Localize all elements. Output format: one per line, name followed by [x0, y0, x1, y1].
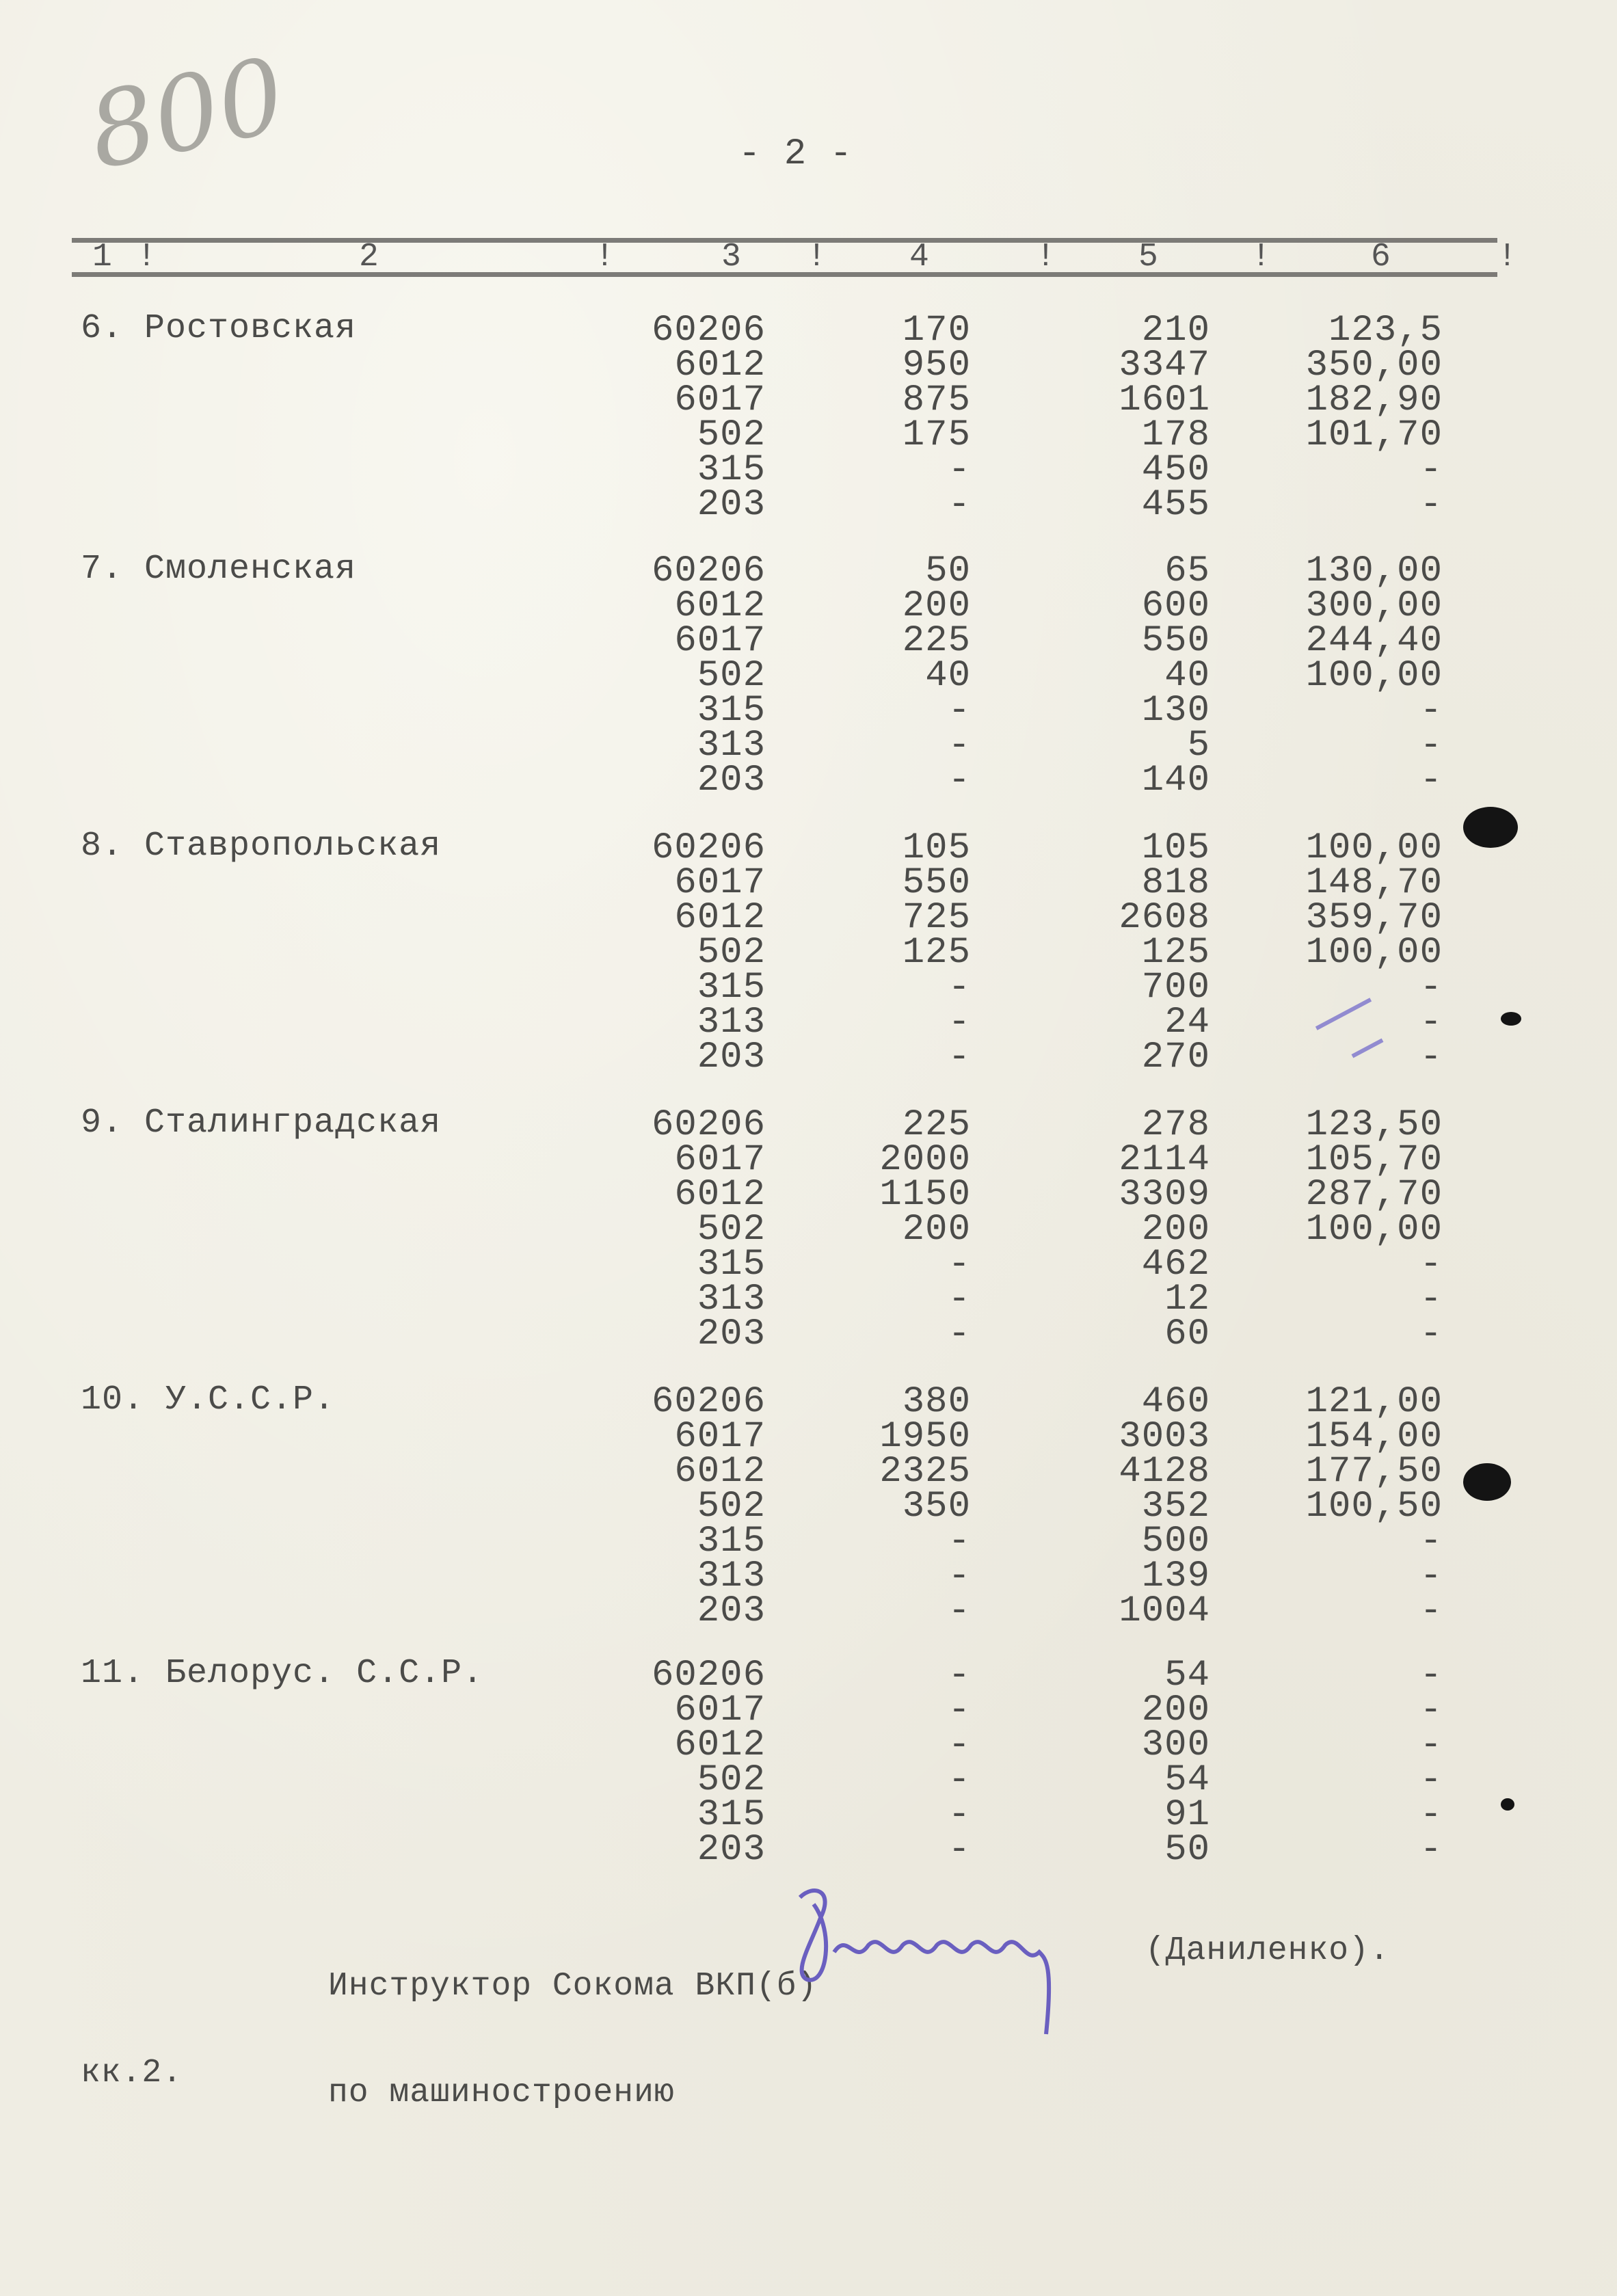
item-code-cell: 203 — [615, 1040, 766, 1075]
percent-cell: - — [1272, 1247, 1443, 1282]
plan-cell: - — [820, 763, 971, 798]
actual-cell: 130 — [1053, 693, 1210, 728]
plan-cell: - — [820, 1524, 971, 1559]
header-separator: ! — [1251, 238, 1271, 276]
section-title: 7. Смоленская — [81, 550, 356, 589]
actual-cell: 54 — [1053, 1658, 1210, 1693]
plan-cell: 950 — [820, 348, 971, 383]
percent-cell: - — [1272, 1559, 1443, 1594]
item-code-cell: 6017 — [615, 1143, 766, 1177]
plan-cell: 200 — [820, 1212, 971, 1247]
percent-cell: - — [1272, 1728, 1443, 1763]
percent-cell: 100,00 — [1272, 658, 1443, 693]
actual-cell: 50 — [1053, 1832, 1210, 1867]
percent-cell: 121,00 — [1272, 1385, 1443, 1419]
percent-cell: 287,70 — [1272, 1177, 1443, 1212]
item-code-cell: 203 — [615, 763, 766, 798]
percent-cell: - — [1272, 1317, 1443, 1352]
ink-blot — [1463, 807, 1518, 848]
percent-cell: 101,70 — [1272, 418, 1443, 453]
item-code-cell: 315 — [615, 693, 766, 728]
plan-cell: - — [820, 1282, 971, 1317]
header-separator: ! — [1036, 238, 1056, 276]
plan-cell: 725 — [820, 900, 971, 935]
actual-cell: 3309 — [1053, 1177, 1210, 1212]
header-separator: ! — [1497, 238, 1517, 276]
plan-cell: 875 — [820, 383, 971, 418]
plan-cell: 380 — [820, 1385, 971, 1419]
header-separator: ! — [137, 238, 157, 276]
percent-cell: - — [1272, 1763, 1443, 1798]
item-code-cell: 315 — [615, 970, 766, 1005]
actual-cell: 178 — [1053, 418, 1210, 453]
actual-cell: 352 — [1053, 1489, 1210, 1524]
plan-cell: - — [820, 1559, 971, 1594]
actual-cell: 91 — [1053, 1798, 1210, 1832]
plan-cell: 350 — [820, 1489, 971, 1524]
plan-cell: 50 — [820, 554, 971, 589]
actual-cell: 550 — [1053, 624, 1210, 658]
item-code-cell: 60206 — [615, 313, 766, 348]
item-code-cell: 6012 — [615, 900, 766, 935]
actual-cell: 140 — [1053, 763, 1210, 798]
item-code-cell: 6017 — [615, 1419, 766, 1454]
actual-cell: 462 — [1053, 1247, 1210, 1282]
item-code-cell: 6017 — [615, 1693, 766, 1728]
ink-blot — [1501, 1798, 1514, 1811]
item-code-cell: 6017 — [615, 624, 766, 658]
actual-cell: 5 — [1053, 728, 1210, 763]
item-code-cell: 502 — [615, 1763, 766, 1798]
item-code-cell: 313 — [615, 1559, 766, 1594]
actual-cell: 12 — [1053, 1282, 1210, 1317]
plan-cell: - — [820, 1040, 971, 1075]
percent-cell: - — [1272, 1658, 1443, 1693]
percent-cell: - — [1272, 728, 1443, 763]
header-col-3: 3 — [721, 238, 741, 276]
plan-cell: 2000 — [820, 1143, 971, 1177]
item-code-cell: 60206 — [615, 831, 766, 866]
item-code-cell: 502 — [615, 658, 766, 693]
plan-cell: - — [820, 1693, 971, 1728]
plan-cell: 1950 — [820, 1419, 971, 1454]
item-code-cell: 60206 — [615, 1658, 766, 1693]
percent-cell: - — [1272, 1282, 1443, 1317]
actual-cell: 65 — [1053, 554, 1210, 589]
percent-cell: - — [1272, 1524, 1443, 1559]
percent-cell: - — [1272, 453, 1443, 488]
actual-cell: 60 — [1053, 1317, 1210, 1352]
item-code-cell: 60206 — [615, 554, 766, 589]
actual-cell: 278 — [1053, 1108, 1210, 1143]
actual-cell: 455 — [1053, 488, 1210, 522]
percent-cell: - — [1272, 763, 1443, 798]
actual-cell: 3003 — [1053, 1419, 1210, 1454]
plan-cell: 40 — [820, 658, 971, 693]
page-number: - 2 - — [738, 133, 853, 175]
plan-cell: 175 — [820, 418, 971, 453]
percent-cell: 244,40 — [1272, 624, 1443, 658]
percent-cell: - — [1272, 970, 1443, 1005]
plan-cell: - — [820, 1832, 971, 1867]
actual-cell: 1004 — [1053, 1594, 1210, 1629]
percent-cell: - — [1272, 1594, 1443, 1629]
plan-cell: - — [820, 970, 971, 1005]
item-code-cell: 313 — [615, 1282, 766, 1317]
percent-cell: 148,70 — [1272, 866, 1443, 900]
item-code-cell: 6017 — [615, 383, 766, 418]
actual-cell: 4128 — [1053, 1454, 1210, 1489]
plan-cell: - — [820, 1728, 971, 1763]
header-separator: ! — [595, 238, 615, 276]
percent-cell: 182,90 — [1272, 383, 1443, 418]
item-code-cell: 203 — [615, 1594, 766, 1629]
plan-cell: 125 — [820, 935, 971, 970]
actual-cell: 270 — [1053, 1040, 1210, 1075]
item-code-cell: 315 — [615, 1247, 766, 1282]
plan-cell: - — [820, 1594, 971, 1629]
item-code-cell: 6012 — [615, 589, 766, 624]
header-col-4: 4 — [909, 238, 929, 276]
item-code-cell: 203 — [615, 1317, 766, 1352]
header-separator: ! — [807, 238, 827, 276]
percent-cell: 359,70 — [1272, 900, 1443, 935]
section-title: 9. Сталинградская — [81, 1104, 441, 1143]
percent-cell: 100,00 — [1272, 831, 1443, 866]
item-code-cell: 6012 — [615, 348, 766, 383]
actual-cell: 210 — [1053, 313, 1210, 348]
actual-cell: 700 — [1053, 970, 1210, 1005]
header-col-5: 5 — [1138, 238, 1158, 276]
item-code-cell: 203 — [615, 488, 766, 522]
item-code-cell: 6012 — [615, 1177, 766, 1212]
actual-cell: 300 — [1053, 1728, 1210, 1763]
signature-title-line1: Инструктор Сокома ВКП(б) — [328, 1968, 817, 2004]
plan-cell: - — [820, 1005, 971, 1040]
signature-title: Инструктор Сокома ВКП(б) по машиностроен… — [328, 1897, 817, 2146]
item-code-cell: 502 — [615, 1212, 766, 1247]
actual-cell: 460 — [1053, 1385, 1210, 1419]
item-code-cell: 6012 — [615, 1728, 766, 1763]
item-code-cell: 6017 — [615, 866, 766, 900]
actual-cell: 54 — [1053, 1763, 1210, 1798]
plan-cell: - — [820, 1317, 971, 1352]
percent-cell: 100,50 — [1272, 1489, 1443, 1524]
percent-cell: - — [1272, 1040, 1443, 1075]
item-code-cell: 313 — [615, 1005, 766, 1040]
signatory-name: (Даниленко). — [1145, 1932, 1390, 1969]
plan-cell: 1150 — [820, 1177, 971, 1212]
percent-cell: 177,50 — [1272, 1454, 1443, 1489]
percent-cell: - — [1272, 1005, 1443, 1040]
percent-cell: 350,00 — [1272, 348, 1443, 383]
percent-cell: - — [1272, 488, 1443, 522]
header-col-2: 2 — [359, 238, 379, 276]
signature-title-line2: по машиностроению — [328, 2075, 817, 2111]
handwritten-signature — [773, 1877, 1155, 2041]
plan-cell: - — [820, 1658, 971, 1693]
percent-cell: 130,00 — [1272, 554, 1443, 589]
actual-cell: 2608 — [1053, 900, 1210, 935]
plan-cell: 200 — [820, 589, 971, 624]
percent-cell: 100,00 — [1272, 1212, 1443, 1247]
plan-cell: 170 — [820, 313, 971, 348]
plan-cell: 105 — [820, 831, 971, 866]
actual-cell: 3347 — [1053, 348, 1210, 383]
percent-cell: - — [1272, 1798, 1443, 1832]
ink-blot — [1463, 1463, 1511, 1501]
percent-cell: 123,5 — [1272, 313, 1443, 348]
plan-cell: 225 — [820, 1108, 971, 1143]
actual-cell: 1601 — [1053, 383, 1210, 418]
actual-cell: 500 — [1053, 1524, 1210, 1559]
actual-cell: 450 — [1053, 453, 1210, 488]
percent-cell: 154,00 — [1272, 1419, 1443, 1454]
section-title: 11. Белорус. С.С.Р. — [81, 1654, 483, 1693]
plan-cell: - — [820, 488, 971, 522]
actual-cell: 24 — [1053, 1005, 1210, 1040]
percent-cell: - — [1272, 1693, 1443, 1728]
item-code-cell: 502 — [615, 1489, 766, 1524]
table-header-bottom-rule — [72, 272, 1497, 277]
plan-cell: 2325 — [820, 1454, 971, 1489]
actual-cell: 125 — [1053, 935, 1210, 970]
actual-cell: 200 — [1053, 1693, 1210, 1728]
plan-cell: - — [820, 1763, 971, 1798]
item-code-cell: 502 — [615, 418, 766, 453]
item-code-cell: 315 — [615, 1524, 766, 1559]
plan-cell: - — [820, 1798, 971, 1832]
plan-cell: 225 — [820, 624, 971, 658]
header-col-1: 1 — [92, 238, 112, 276]
item-code-cell: 502 — [615, 935, 766, 970]
item-code-cell: 60206 — [615, 1108, 766, 1143]
percent-cell: - — [1272, 1832, 1443, 1867]
item-code-cell: 60206 — [615, 1385, 766, 1419]
actual-cell: 200 — [1053, 1212, 1210, 1247]
plan-cell: - — [820, 1247, 971, 1282]
actual-cell: 600 — [1053, 589, 1210, 624]
percent-cell: - — [1272, 693, 1443, 728]
actual-cell: 818 — [1053, 866, 1210, 900]
section-title: 10. У.С.С.Р. — [81, 1380, 335, 1419]
ink-blot — [1501, 1012, 1521, 1026]
header-col-6: 6 — [1371, 238, 1391, 276]
section-title: 6. Ростовская — [81, 309, 356, 348]
actual-cell: 105 — [1053, 831, 1210, 866]
item-code-cell: 203 — [615, 1832, 766, 1867]
actual-cell: 40 — [1053, 658, 1210, 693]
plan-cell: - — [820, 728, 971, 763]
table-header-top-rule — [72, 238, 1497, 243]
section-title: 8. Ставропольская — [81, 827, 441, 866]
percent-cell: 300,00 — [1272, 589, 1443, 624]
item-code-cell: 315 — [615, 453, 766, 488]
plan-cell: - — [820, 693, 971, 728]
item-code-cell: 315 — [615, 1798, 766, 1832]
percent-cell: 123,50 — [1272, 1108, 1443, 1143]
item-code-cell: 313 — [615, 728, 766, 763]
percent-cell: 100,00 — [1272, 935, 1443, 970]
footnote: кк.2. — [81, 2055, 183, 2092]
item-code-cell: 6012 — [615, 1454, 766, 1489]
plan-cell: 550 — [820, 866, 971, 900]
percent-cell: 105,70 — [1272, 1143, 1443, 1177]
plan-cell: - — [820, 453, 971, 488]
actual-cell: 2114 — [1053, 1143, 1210, 1177]
actual-cell: 139 — [1053, 1559, 1210, 1594]
